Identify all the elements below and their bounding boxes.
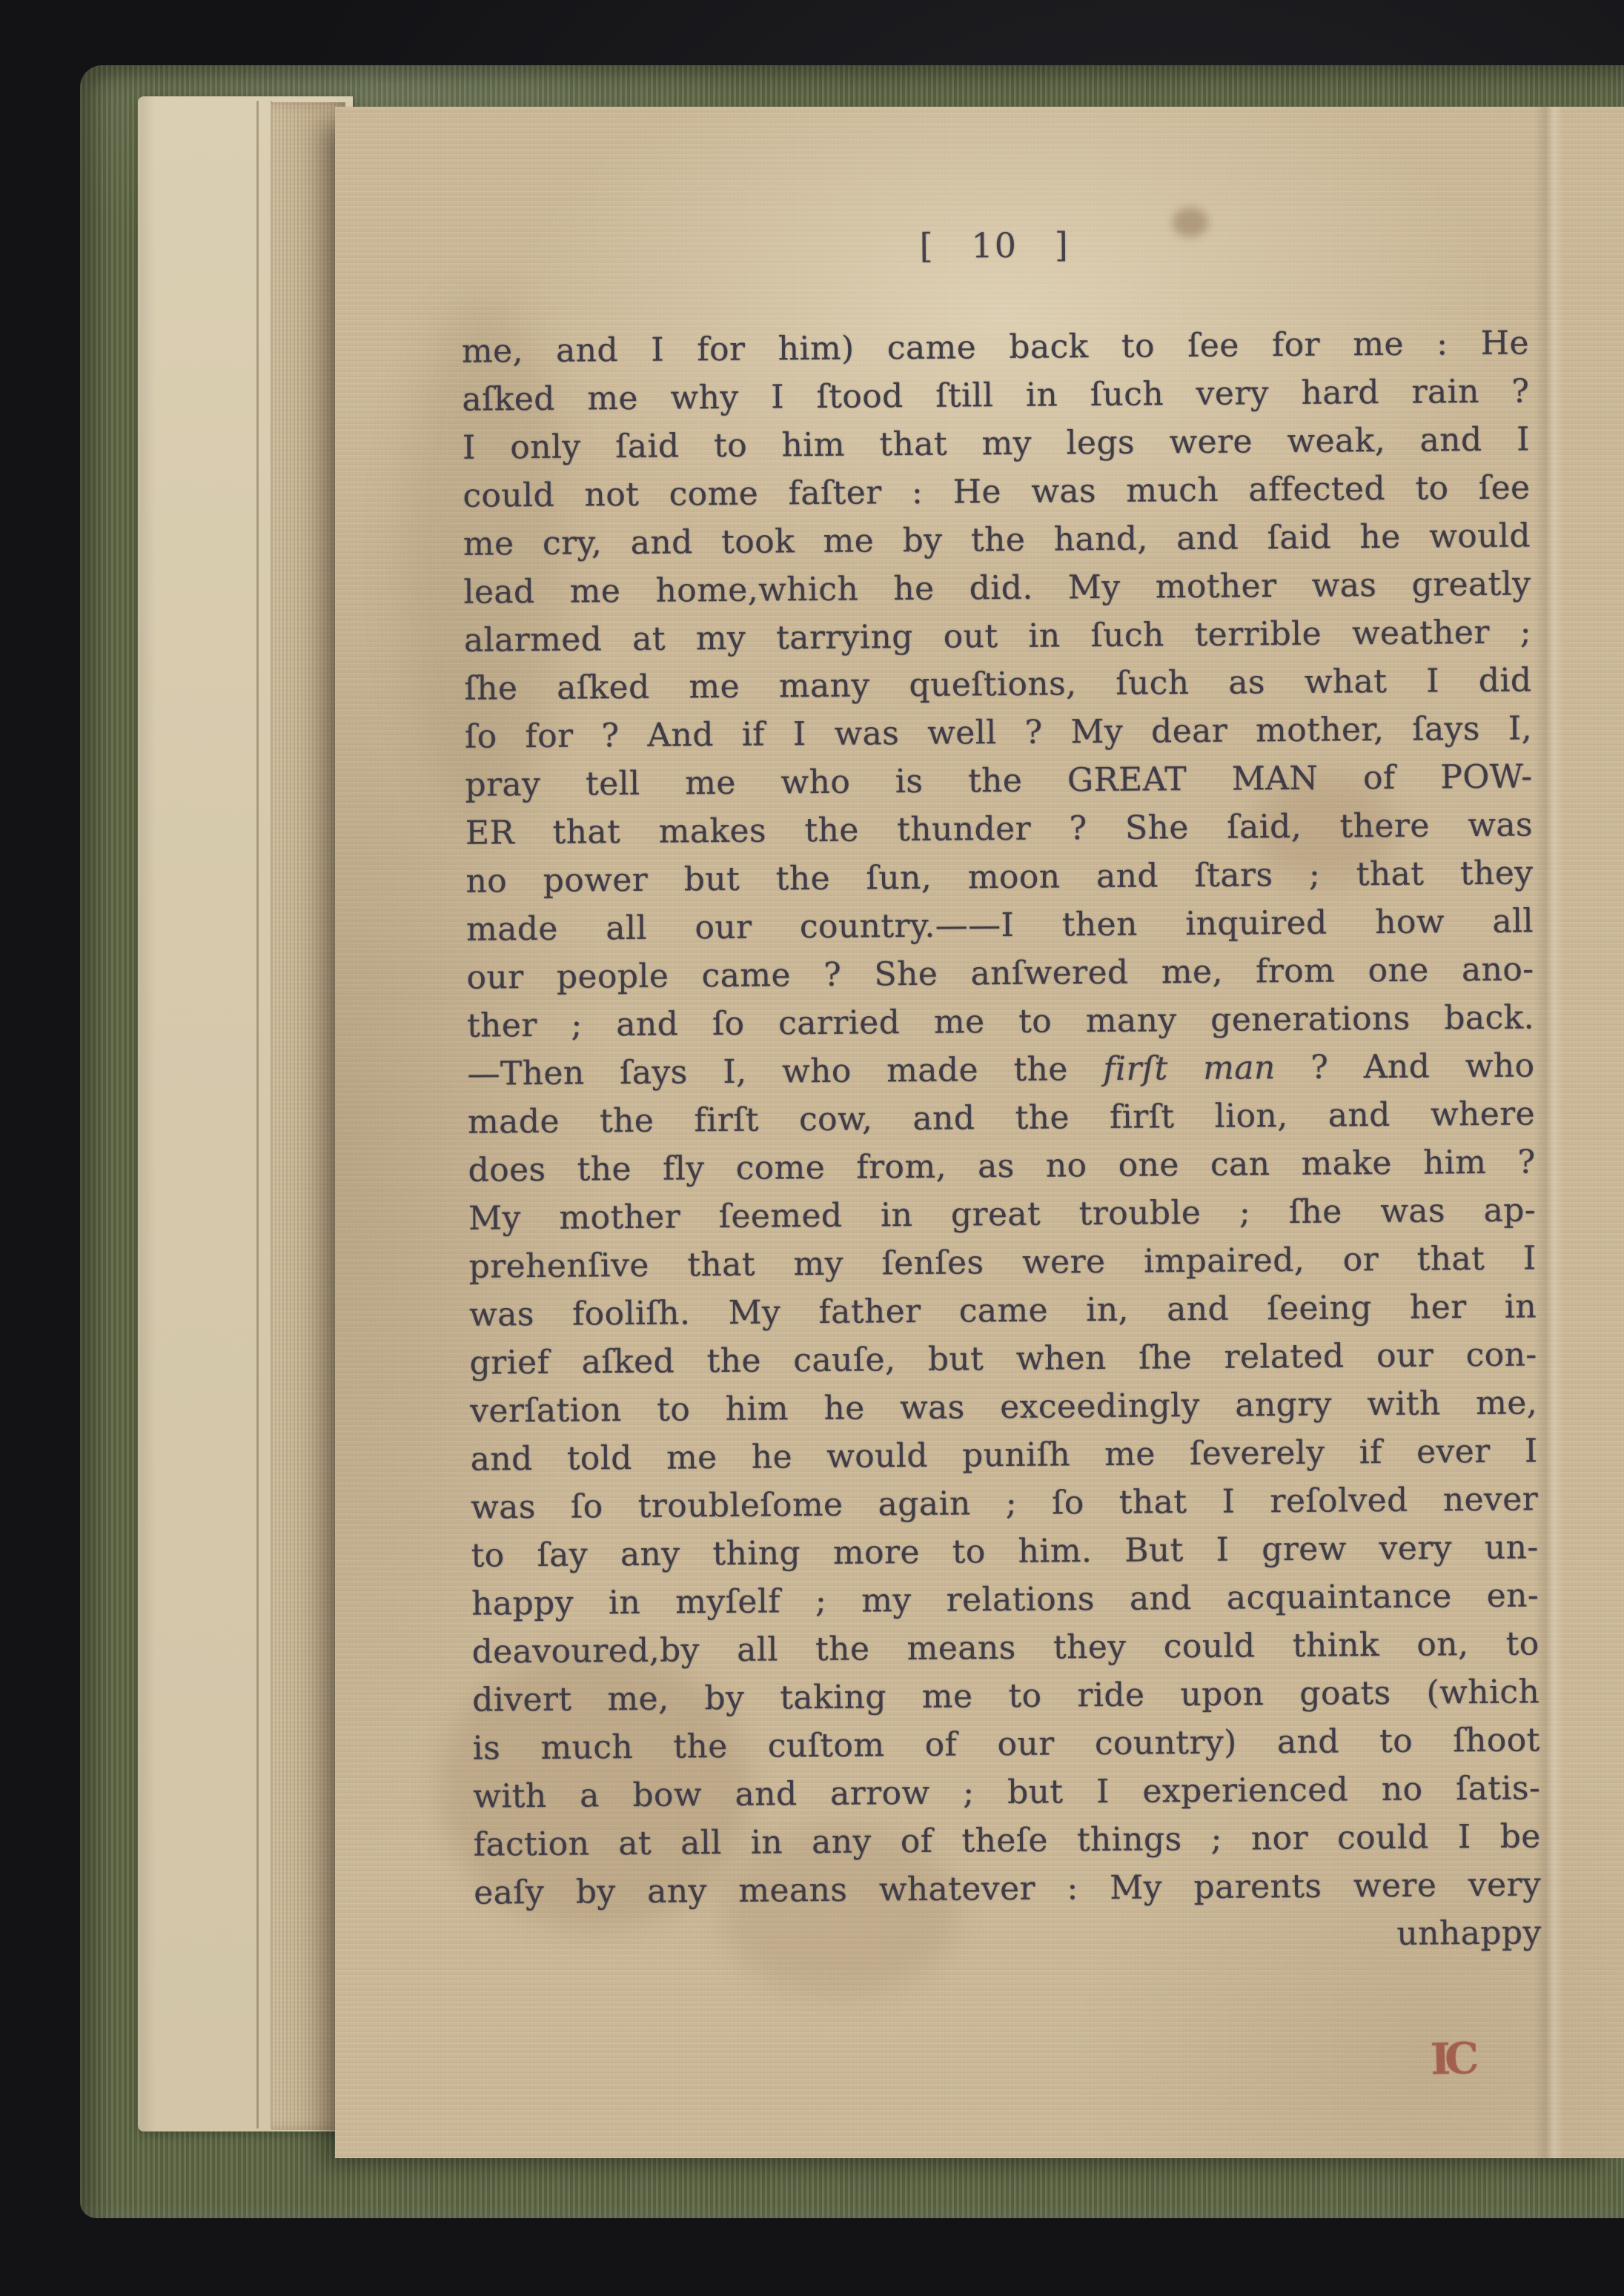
text-line: My mother ſeemed in great trouble ; ſhe … [468, 1186, 1536, 1242]
text-line: ER that makes the thunder ? She ſaid, th… [465, 800, 1533, 857]
binding-gauze [271, 102, 345, 2130]
photo-backdrop: [ 10 ] me, and I for him) came back to ſ… [0, 0, 1624, 2296]
text-segment: —Then ſays I, who made the [467, 1050, 1103, 1093]
text-line: verſation to him he was exceedingly angr… [470, 1378, 1537, 1435]
text-line: pray tell me who is the GREAT MAN of POW… [465, 752, 1532, 809]
folio-number: [ 10 ] [461, 221, 1528, 269]
text-line: I only ſaid to him that my legs were wea… [463, 415, 1530, 471]
text-line: was fooliſh. My father came in, and ſeei… [469, 1282, 1537, 1338]
text-line: ſhe aſked me many queſtions, ſuch as wha… [464, 656, 1531, 712]
text-block: me, and I for him) came back to ſee for … [462, 319, 1542, 1965]
text-line: ther ; and ſo carried me to many generat… [467, 993, 1534, 1049]
text-line: deavoured,by all the means they could th… [471, 1619, 1539, 1676]
text-line: aſked me why I ſtood ſtill in ſuch very … [462, 367, 1529, 423]
text-segment-italic: firſt man [1103, 1049, 1276, 1088]
text-line: prehenſive that my ſenſes were impaired,… [468, 1234, 1536, 1290]
text-line: and told me he would puniſh me ſeverely … [470, 1427, 1537, 1483]
text-line: is much the cuſtom of our country) and t… [472, 1716, 1540, 1772]
printed-matter: [ 10 ] me, and I for him) came back to ſ… [334, 102, 1624, 2163]
text-line: happy in myſelf ; my relations and acqua… [471, 1571, 1539, 1628]
text-line: does the fly come from, as no one can ma… [468, 1138, 1535, 1194]
text-line-first-man: —Then ſays I, who made the firſt man ? A… [467, 1041, 1534, 1098]
text-line: made all our country.——I then inquired h… [466, 897, 1534, 953]
text-line: our people came ? She anſwered me, from … [466, 945, 1534, 1001]
text-line: ſo for ? And if I was well ? My dear mot… [465, 704, 1532, 760]
text-line: lead me home,which he did. My mother was… [463, 560, 1531, 616]
text-line: was ſo troubleſome again ; ſo that I reſ… [471, 1475, 1538, 1531]
catchword: unhappy [1396, 1914, 1542, 1953]
text-segment: ? And who [1275, 1046, 1534, 1086]
text-line: no power but the ſun, moon and ſtars ; t… [465, 849, 1533, 905]
text-line: to ſay any thing more to him. But I grew… [471, 1523, 1538, 1579]
book-page: [ 10 ] me, and I for him) came back to ſ… [335, 107, 1624, 2158]
library-stamp: IC [1430, 2033, 1474, 2084]
text-line: alarmed at my tarrying out in ſuch terri… [464, 608, 1531, 664]
page-edge-line [256, 101, 259, 2129]
catchword-line: unhappy [474, 1908, 1541, 1965]
text-line: me cry, and took me by the hand, and ſai… [463, 511, 1531, 568]
text-line: made the firſt cow, and the firſt lion, … [468, 1089, 1535, 1146]
text-line: grief aſked the cauſe, but when ſhe rela… [469, 1330, 1537, 1387]
text-line: with a bow and arrow ; but I experienced… [473, 1764, 1540, 1820]
text-line: divert me, by taking me to ride upon goa… [472, 1668, 1540, 1724]
text-line: eaſy by any means whatever : My parents … [474, 1860, 1541, 1917]
text-line: faction at all in any of theſe things ; … [473, 1812, 1540, 1868]
text-line: me, and I for him) came back to ſee for … [462, 319, 1529, 375]
text-line: could not come faſter : He was much affe… [463, 463, 1530, 520]
